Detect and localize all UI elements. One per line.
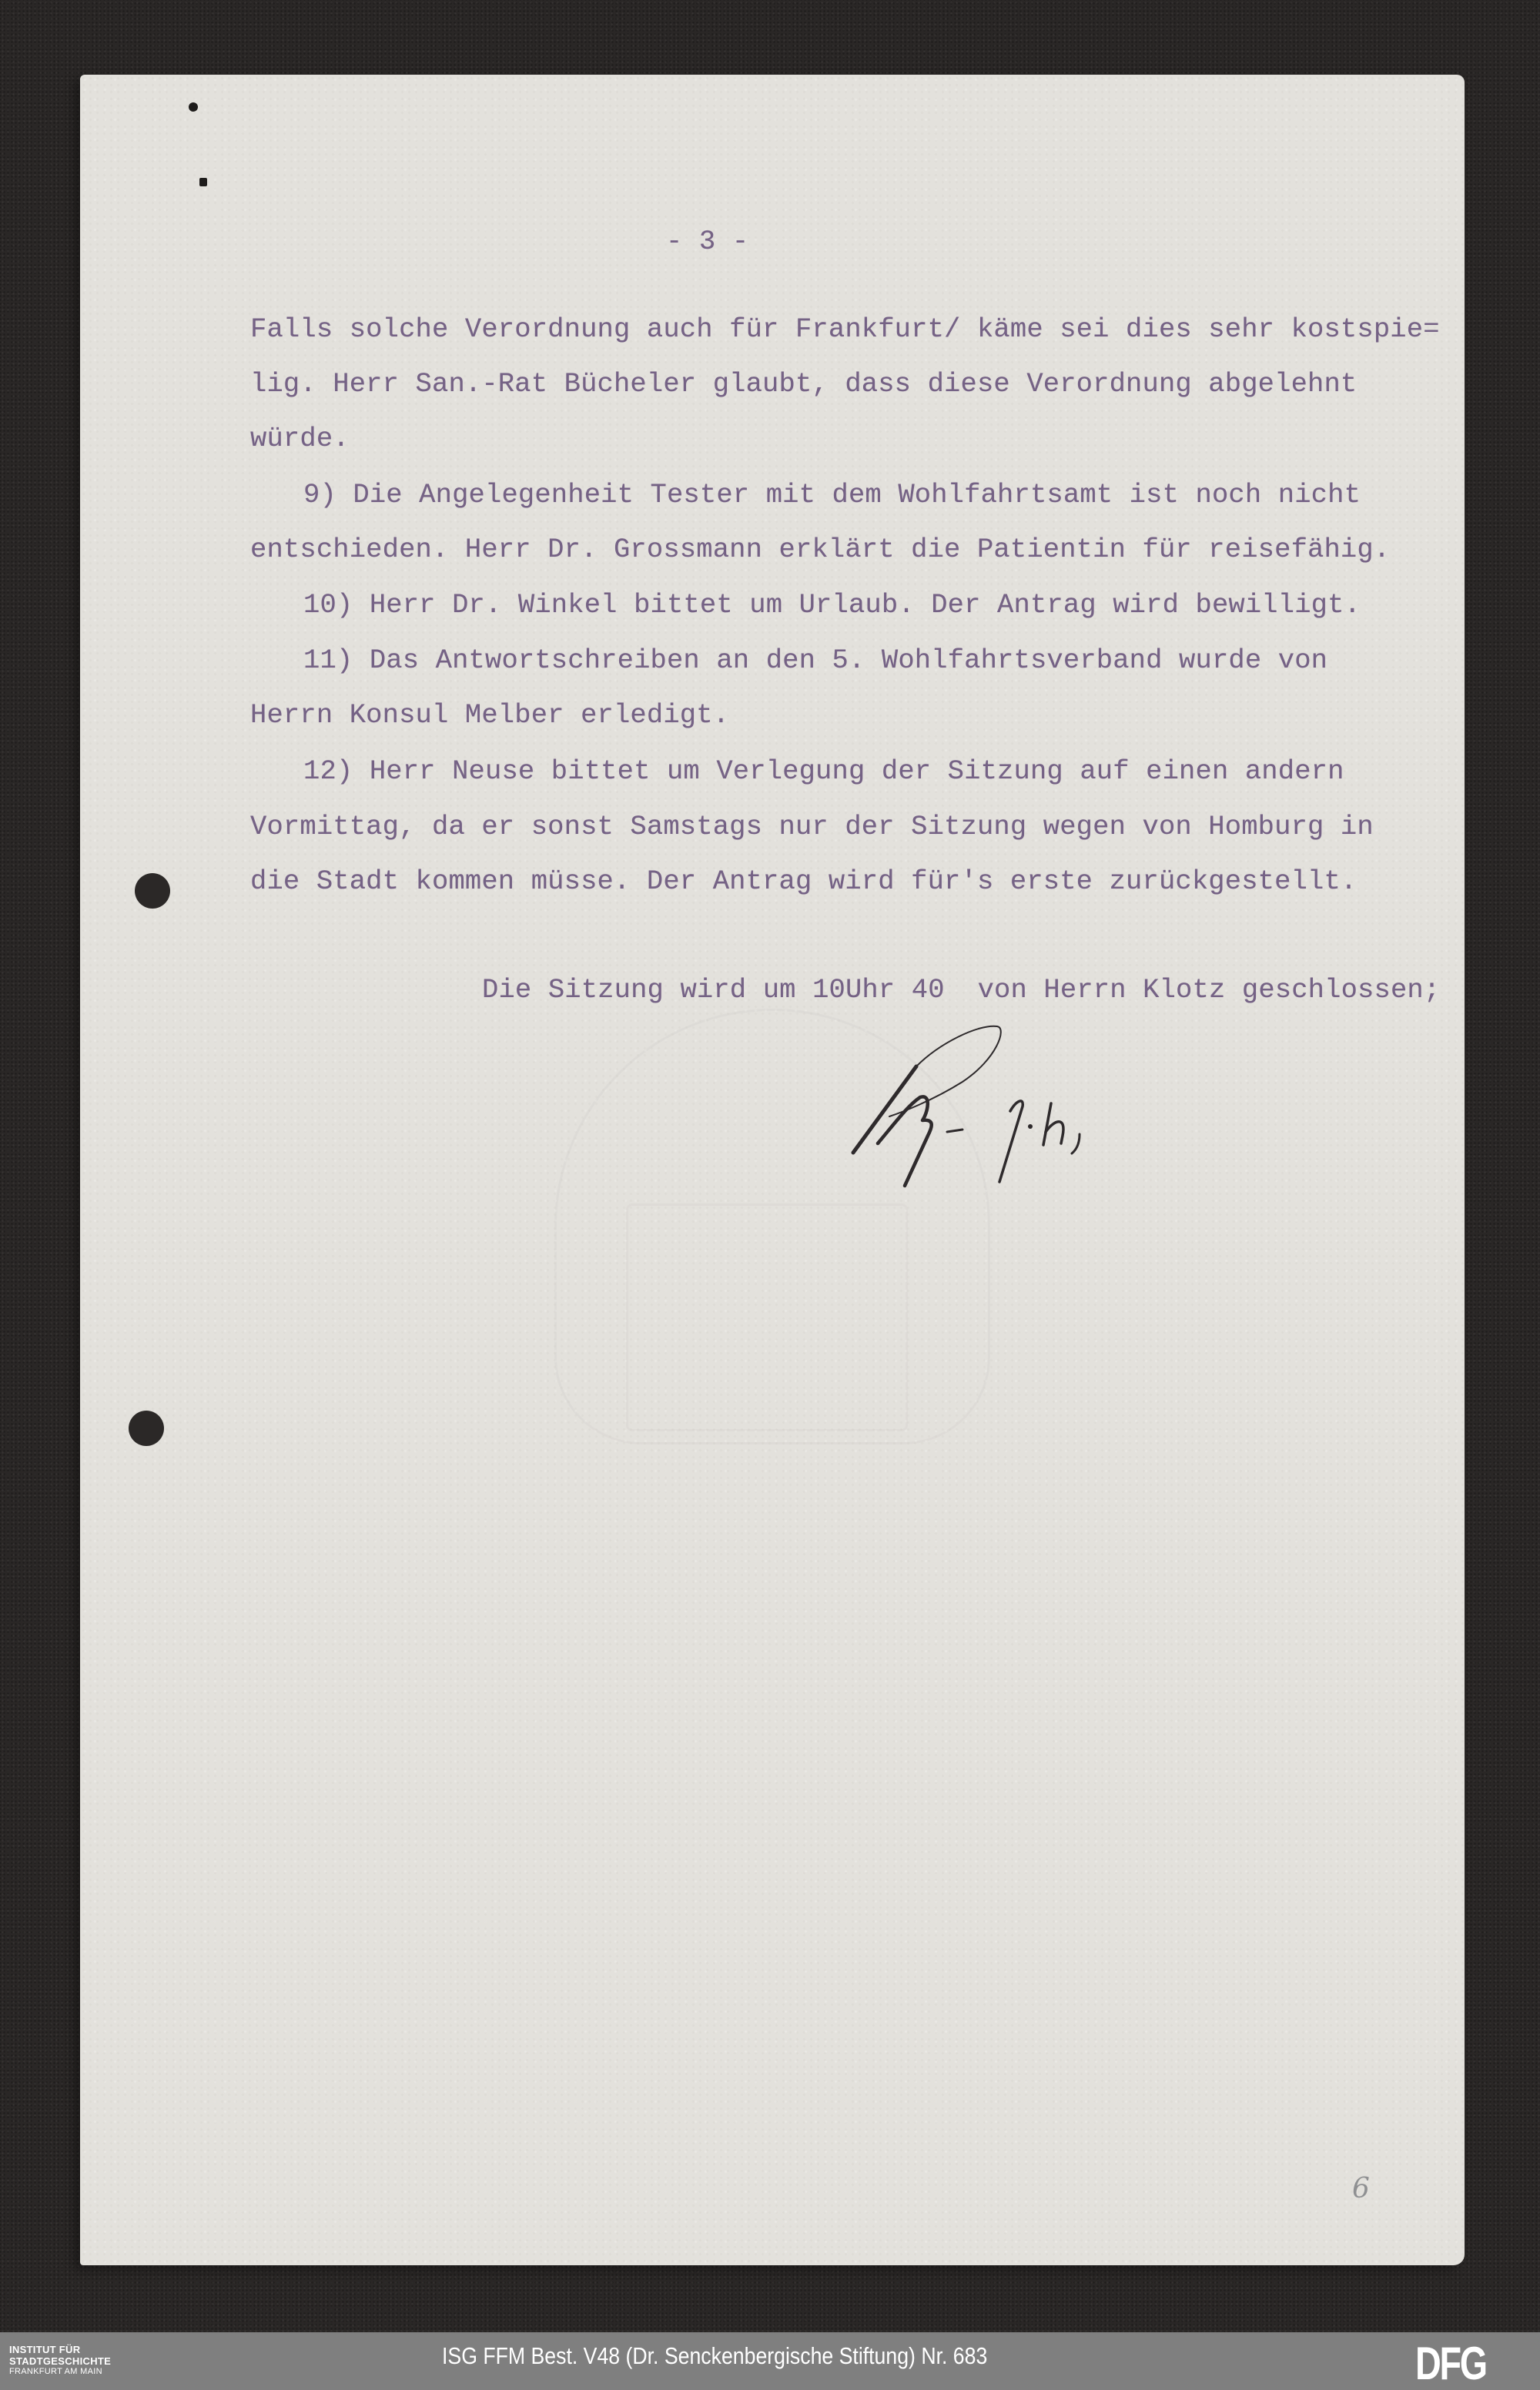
typed-line: Herrn Konsul Melber erledigt. (250, 701, 729, 729)
typed-line: 9) Die Angelegenheit Tester mit dem Wohl… (303, 481, 1361, 509)
typed-line: Falls solche Verordnung auch für Frankfu… (250, 316, 1440, 343)
typed-line: Vormittag, da er sonst Samstags nur der … (250, 813, 1374, 841)
dfg-logo: DFG (1415, 2341, 1486, 2387)
typed-line: die Stadt kommen müsse. Der Antrag wird … (250, 868, 1357, 895)
typed-line: 10) Herr Dr. Winkel bittet um Urlaub. De… (303, 591, 1361, 619)
folio-number: 6 (1352, 2173, 1370, 2204)
typed-line: lig. Herr San.-Rat Bücheler glaubt, dass… (250, 370, 1357, 398)
typed-line: entschieden. Herr Dr. Grossmann erklärt … (250, 536, 1390, 564)
closing-line: Die Sitzung wird um 10Uhr 40 von Herrn K… (482, 976, 1440, 1004)
archive-footer-bar: INSTITUT FÜR STADTGESCHICHTE FRANKFURT A… (0, 2332, 1540, 2390)
typed-line: würde. (250, 425, 350, 453)
handwritten-signature (832, 1020, 1201, 1197)
punch-hole (129, 1411, 164, 1446)
page-number-header: - 3 - (666, 228, 748, 256)
punch-hole (135, 873, 170, 909)
institution-logo: INSTITUT FÜR STADTGESCHICHTE FRANKFURT A… (9, 2345, 111, 2378)
margin-mark (189, 102, 198, 112)
archive-caption: ISG FFM Best. V48 (Dr. Senckenbergische … (442, 2342, 987, 2370)
typed-line: 11) Das Antwortschreiben an den 5. Wohlf… (303, 647, 1327, 674)
margin-mark (199, 178, 207, 186)
typed-line: 12) Herr Neuse bittet um Verlegung der S… (303, 758, 1344, 785)
